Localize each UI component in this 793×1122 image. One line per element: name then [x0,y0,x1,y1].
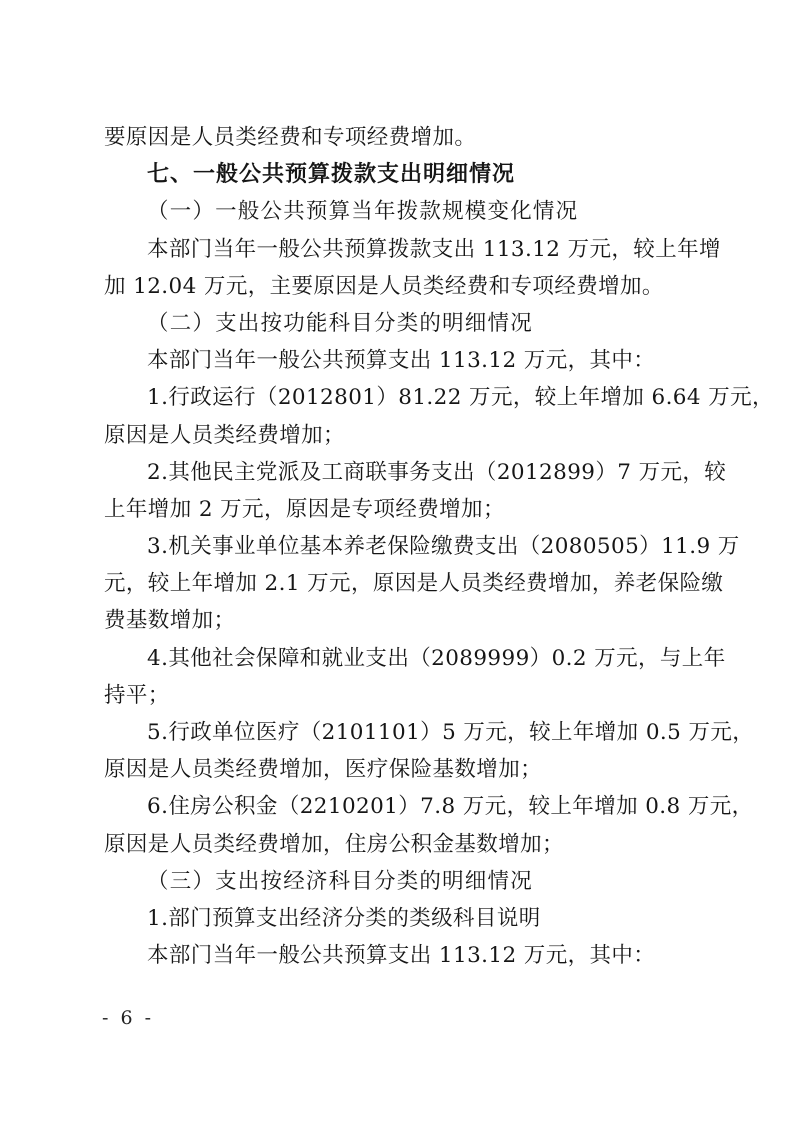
text-line: 3.机关事业单位基本养老保险缴费支出（2080505）11.9 万 [104,528,696,565]
text-line: 上年增加 2 万元，原因是专项经费增加； [104,491,696,528]
text-line: 本部门当年一般公共预算拨款支出 113.12 万元，较上年增 [104,231,696,268]
text-line: 原因是人员类经费增加，住房公积金基数增加； [104,826,696,863]
text-line: 原因是人员类经费增加； [104,417,696,454]
text-line: 元，较上年增加 2.1 万元，原因是人员类经费增加，养老保险缴 [104,565,696,602]
text-line: 要原因是人员类经费和专项经费增加。 [104,119,696,156]
text-line: 2.其他民主党派及工商联事务支出（2012899）7 万元，较 [104,454,696,491]
document-page: 要原因是人员类经费和专项经费增加。 七、一般公共预算拨款支出明细情况 （一）一般… [0,0,793,1122]
text-line: 6.住房公积金（2210201）7.8 万元，较上年增加 0.8 万元， [104,788,696,825]
text-line: 1.部门预算支出经济分类的类级科目说明 [104,900,696,937]
subsection-heading: （三）支出按经济科目分类的明细情况 [104,863,696,900]
subsection-heading: （一）一般公共预算当年拨款规模变化情况 [104,193,696,230]
text-line: 本部门当年一般公共预算支出 113.12 万元，其中： [104,342,696,379]
text-line: 原因是人员类经费增加，医疗保险基数增加； [104,751,696,788]
text-line: 4.其他社会保障和就业支出（2089999）0.2 万元，与上年 [104,640,696,677]
text-line: 加 12.04 万元，主要原因是人员类经费和专项经费增加。 [104,268,696,305]
text-line: 持平； [104,677,696,714]
text-line: 费基数增加； [104,602,696,639]
text-line: 5.行政单位医疗（2101101）5 万元，较上年增加 0.5 万元， [104,714,696,751]
text-line: 1.行政运行（2012801）81.22 万元，较上年增加 6.64 万元， [104,379,696,416]
text-line: 本部门当年一般公共预算支出 113.12 万元，其中： [104,937,696,974]
document-body: 要原因是人员类经费和专项经费增加。 七、一般公共预算拨款支出明细情况 （一）一般… [104,119,696,974]
subsection-heading: （二）支出按功能科目分类的明细情况 [104,305,696,342]
page-number: - 6 - [102,1002,154,1034]
section-heading: 七、一般公共预算拨款支出明细情况 [104,156,696,193]
